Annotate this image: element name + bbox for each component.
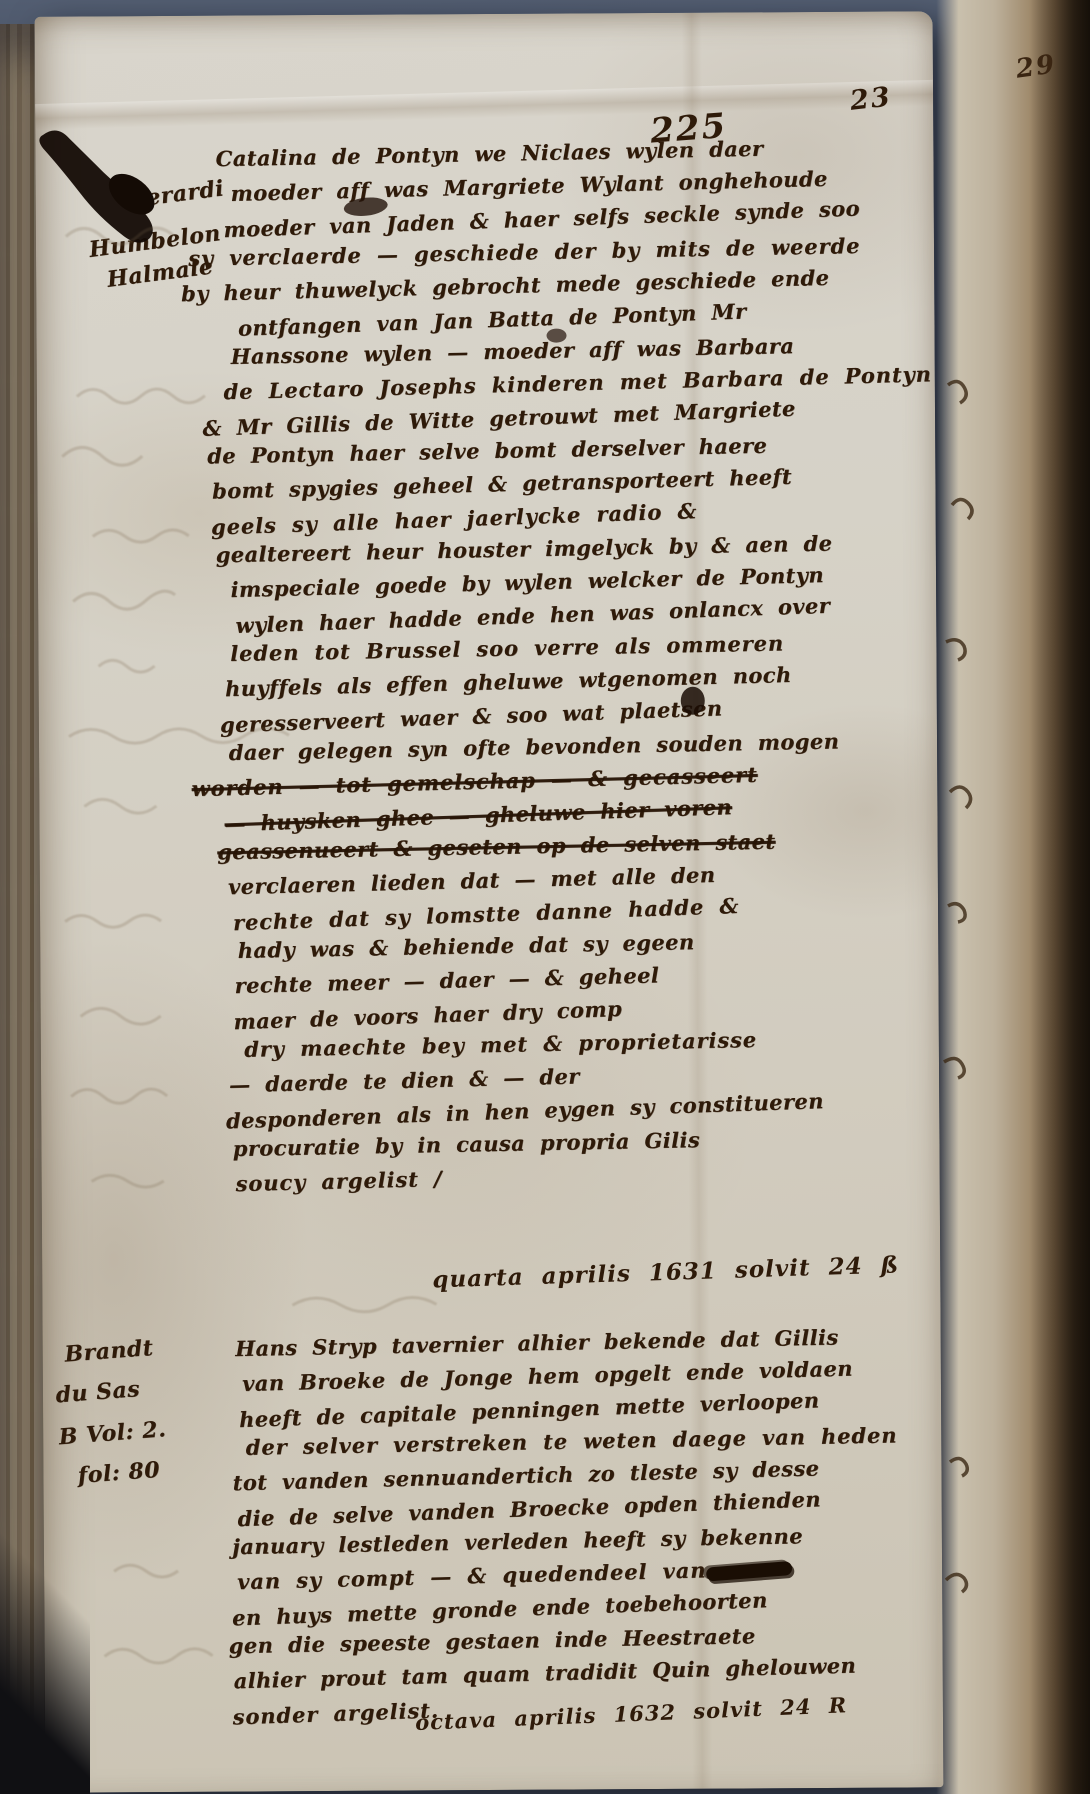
photo-background: { "palette":{"ink":"#2e1a09","parchment"… [0, 0, 1090, 1794]
photo-vignette [1030, 0, 1090, 1794]
margin-note-reference: Brandt du Sas B Vol: 2. fol: 80 [52, 1334, 171, 1490]
margin-note-line: B Vol: 2. [58, 1416, 167, 1450]
margin-note-line: Brandt [64, 1334, 161, 1367]
manuscript-page: 225 23 Gerardi Humbelon Halmale Brandt d… [35, 11, 944, 1792]
photo-corner-shadow [0, 1534, 90, 1794]
act-2-paragraph: Hans Stryp tavernier alhier bekende dat … [235, 1317, 935, 1730]
margin-note-line: fol: 80 [77, 1456, 170, 1489]
margin-note-line: du Sas [55, 1374, 164, 1408]
act-1-paragraph: Catalina de Pontyn we Niclaes wylen daer… [215, 127, 932, 1200]
folio-number-right: 23 [849, 81, 894, 116]
paper-crease [35, 80, 933, 130]
act-1-date-line: quarta aprilis 1631 solvit 24 ß [432, 1251, 900, 1293]
edge-folio-number: 29 [1014, 49, 1058, 84]
margin-note-line: Gerardi [126, 175, 226, 213]
